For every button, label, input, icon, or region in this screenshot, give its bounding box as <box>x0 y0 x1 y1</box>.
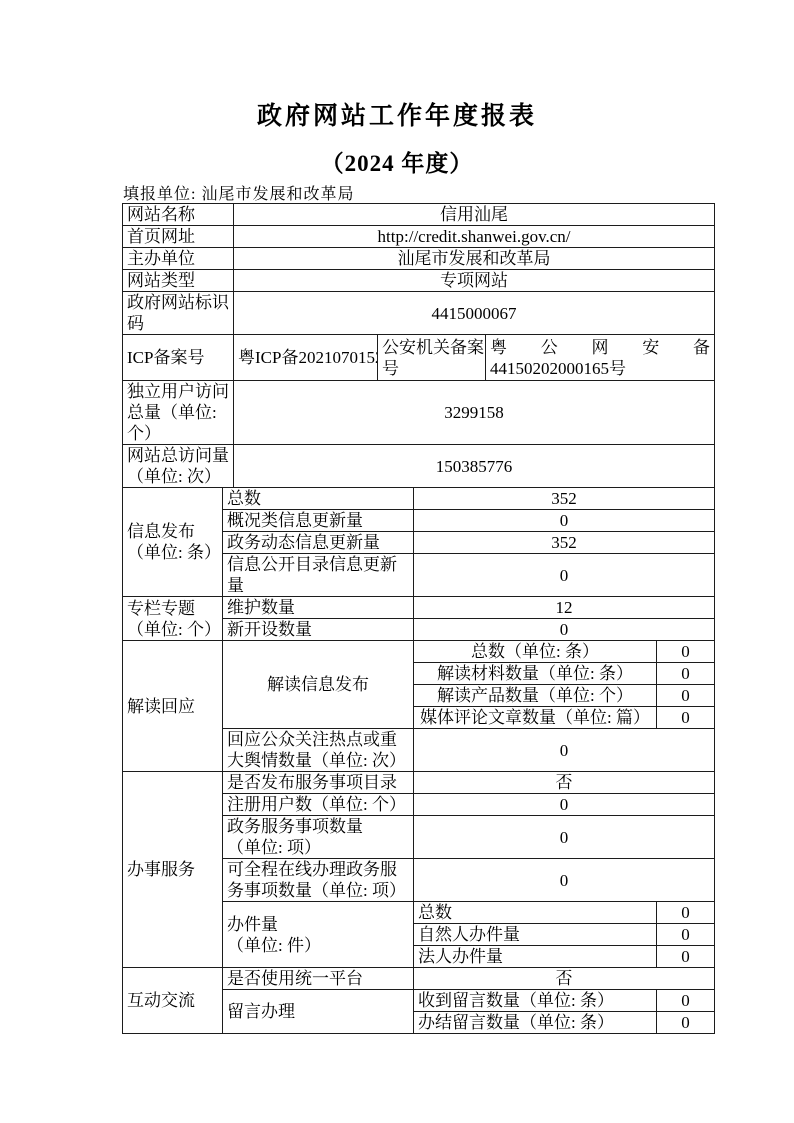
cell-volume-row-value: 0 <box>657 902 715 924</box>
cell-volume-row-label: 自然人办件量 <box>414 924 657 946</box>
cell-police-label: 公安机关备案 号 <box>378 335 486 381</box>
cell-services-row-value: 0 <box>414 859 715 902</box>
cell-topics-row-value: 12 <box>414 597 715 619</box>
cell-volume-row-label: 总数 <box>414 902 657 924</box>
annual-report-table: 网站名称 信用汕尾 首页网址 http://credit.shanwei.gov… <box>122 203 715 1034</box>
police-value-line2: 44150202000165号 <box>490 358 710 379</box>
cell-interaction-section: 互动交流 <box>123 968 223 1034</box>
cell-info-row-value: 352 <box>414 488 715 510</box>
cell-total-visits-label: 网站总访问量 （单位: 次） <box>123 445 234 488</box>
cell-info-row-label: 总数 <box>223 488 414 510</box>
cell-info-row-label: 信息公开目录信息更新 量 <box>223 554 414 597</box>
police-value-line1: 粤公网安备 <box>490 337 710 358</box>
cell-message-row-value: 0 <box>657 990 715 1012</box>
cell-homepage-label: 首页网址 <box>123 226 234 248</box>
cell-interpretation-publish-label: 解读信息发布 <box>223 641 414 729</box>
cell-interp-row-label: 总数（单位: 条） <box>414 641 657 663</box>
cell-unique-visitors-value: 3299158 <box>234 381 715 445</box>
cell-interp-row-value: 0 <box>657 663 715 685</box>
cell-message-row-label: 收到留言数量（单位: 条） <box>414 990 657 1012</box>
cell-total-visits-value: 150385776 <box>234 445 715 488</box>
cell-interp-row-label: 媒体评论文章数量（单位: 篇） <box>414 707 657 729</box>
page-subtitle: （2024 年度） <box>0 145 794 178</box>
cell-volume-row-value: 0 <box>657 946 715 968</box>
cell-organizer-value: 汕尾市发展和改革局 <box>234 248 715 270</box>
cell-organizer-label: 主办单位 <box>123 248 234 270</box>
cell-police-value: 粤公网安备44150202000165号 <box>486 335 715 381</box>
cell-interpretation-section: 解读回应 <box>123 641 223 772</box>
cell-site-name-value: 信用汕尾 <box>234 204 715 226</box>
cell-message-row-value: 0 <box>657 1012 715 1034</box>
reporting-unit: 填报单位: 汕尾市发展和改革局 <box>123 181 354 204</box>
page-title: 政府网站工作年度报表 <box>0 96 794 132</box>
document-page: 政府网站工作年度报表 （2024 年度） 填报单位: 汕尾市发展和改革局 网站名… <box>0 0 794 1123</box>
cell-interp-row-label: 解读材料数量（单位: 条） <box>414 663 657 685</box>
cell-services-row-value: 0 <box>414 816 715 859</box>
cell-volume-row-value: 0 <box>657 924 715 946</box>
cell-services-row-label: 可全程在线办理政务服 务事项数量（单位: 项） <box>223 859 414 902</box>
cell-info-publish-section: 信息发布 （单位: 条） <box>123 488 223 597</box>
cell-interp-row-value: 0 <box>657 707 715 729</box>
cell-volume-label: 办件量 （单位: 件） <box>223 902 414 968</box>
cell-site-type-label: 网站类型 <box>123 270 234 292</box>
cell-services-row-value: 0 <box>414 794 715 816</box>
cell-services-row-label: 是否发布服务事项目录 <box>223 772 414 794</box>
cell-site-id-label: 政府网站标识 码 <box>123 292 234 335</box>
cell-site-type-value: 专项网站 <box>234 270 715 292</box>
cell-site-id-value: 4415000067 <box>234 292 715 335</box>
cell-platform-value: 否 <box>414 968 715 990</box>
cell-response-label: 回应公众关注热点或重 大舆情数量（单位: 次） <box>223 729 414 772</box>
cell-info-row-value: 0 <box>414 554 715 597</box>
cell-message-row-label: 办结留言数量（单位: 条） <box>414 1012 657 1034</box>
cell-topics-row-value: 0 <box>414 619 715 641</box>
cell-topics-row-label: 新开设数量 <box>223 619 414 641</box>
cell-messages-label: 留言办理 <box>223 990 414 1034</box>
cell-services-section: 办事服务 <box>123 772 223 968</box>
cell-site-name-label: 网站名称 <box>123 204 234 226</box>
cell-info-row-label: 政务动态信息更新量 <box>223 532 414 554</box>
cell-platform-label: 是否使用统一平台 <box>223 968 414 990</box>
cell-columns-topics-section: 专栏专题 （单位: 个） <box>123 597 223 641</box>
cell-interp-row-value: 0 <box>657 641 715 663</box>
cell-unique-visitors-label: 独立用户访问 总量（单位: 个） <box>123 381 234 445</box>
cell-response-value: 0 <box>414 729 715 772</box>
cell-interp-row-value: 0 <box>657 685 715 707</box>
cell-services-row-value: 否 <box>414 772 715 794</box>
cell-info-row-value: 0 <box>414 510 715 532</box>
cell-info-row-label: 概况类信息更新量 <box>223 510 414 532</box>
cell-volume-row-label: 法人办件量 <box>414 946 657 968</box>
cell-icp-value: 粤ICP备2021070152号 <box>234 335 378 381</box>
cell-topics-row-label: 维护数量 <box>223 597 414 619</box>
cell-services-row-label: 注册用户数（单位: 个） <box>223 794 414 816</box>
cell-homepage-value: http://credit.shanwei.gov.cn/ <box>234 226 715 248</box>
cell-info-row-value: 352 <box>414 532 715 554</box>
cell-interp-row-label: 解读产品数量（单位: 个） <box>414 685 657 707</box>
cell-services-row-label: 政务服务事项数量 （单位: 项） <box>223 816 414 859</box>
cell-icp-label: ICP备案号 <box>123 335 234 381</box>
